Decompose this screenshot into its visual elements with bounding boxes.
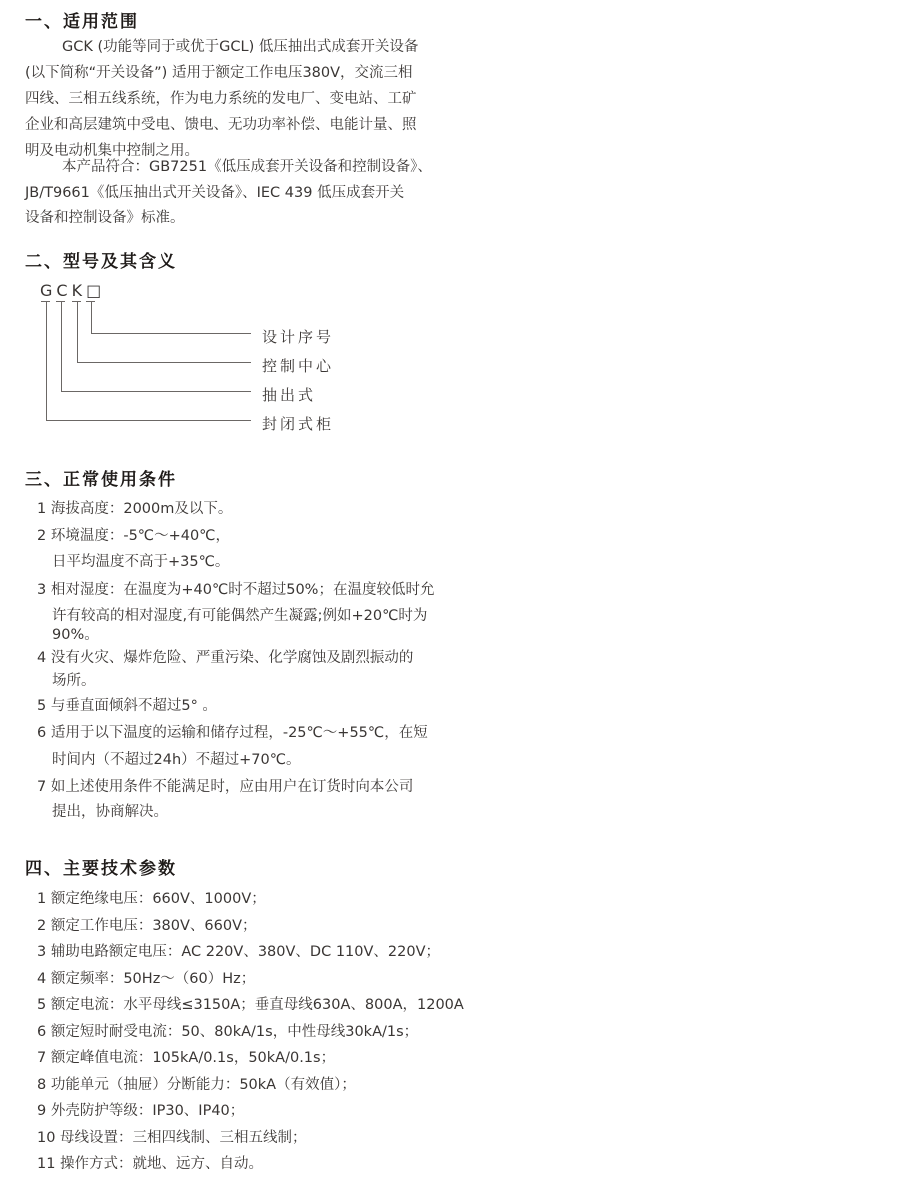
item-text: 与垂直面倾斜不超过5° 。 [51, 698, 217, 714]
condition-item-continued: 时间内（不超过24h）不超过+70℃。 [52, 750, 301, 770]
item-number: 6 [37, 725, 46, 741]
param-item: 2 额定工作电压：380V、660V； [37, 916, 257, 936]
model-label-control-center: 控制中心 [262, 355, 334, 376]
item-number: 5 [37, 698, 46, 714]
model-code: GCK□ [40, 281, 105, 300]
item-text: 如上述使用条件不能满足时，应由用户在订货时向本公司 [51, 779, 414, 795]
paragraph-line: (以下简称“开关设备”) 适用于额定工作电压380V，交流三相 [25, 63, 413, 83]
condition-item: 3 相对湿度：在温度为+40℃时不超过50%；在温度较低时允 [37, 580, 434, 600]
section-heading-conditions: 三、正常使用条件 [25, 465, 177, 490]
param-item: 6 额定短时耐受电流：50、80kA/1s，中性母线30kA/1s； [37, 1022, 418, 1042]
item-number: 3 [37, 582, 46, 598]
item-number: 7 [37, 779, 46, 795]
section-heading-model: 二、型号及其含义 [25, 247, 177, 272]
param-item: 7 额定峰值电流：105kA/0.1s，50kA/0.1s； [37, 1048, 335, 1068]
model-label-drawout: 抽出式 [262, 384, 316, 405]
paragraph-line: 企业和高层建筑中受电、馈电、无功功率补偿、电能计量、照 [25, 115, 417, 135]
condition-item-continued: 90%。 [52, 625, 99, 645]
condition-item: 6 适用于以下温度的运输和储存过程，-25℃～+55℃，在短 [37, 723, 428, 743]
param-item: 9 外壳防护等级：IP30、IP40； [37, 1101, 244, 1121]
condition-item: 7 如上述使用条件不能满足时，应由用户在订货时向本公司 [37, 777, 413, 797]
condition-item-continued: 提出，协商解决。 [52, 802, 168, 822]
condition-item-continued: 日平均温度不高于+35℃。 [52, 552, 229, 572]
condition-item: 5 与垂直面倾斜不超过5° 。 [37, 696, 217, 716]
param-item: 11 操作方式：就地、远方、自动。 [37, 1154, 263, 1174]
condition-item: 2 环境温度：-5℃～+40℃， [37, 526, 230, 546]
item-number: 2 [37, 528, 46, 544]
condition-item-continued: 许有较高的相对湿度,有可能偶然产生凝露;例如+20℃时为 [52, 606, 427, 626]
item-text: 适用于以下温度的运输和储存过程，-25℃～+55℃，在短 [51, 725, 428, 741]
param-item: 8 功能单元（抽屉）分断能力：50kA（有效值）； [37, 1075, 356, 1095]
paragraph-line: 设备和控制设备》标准。 [25, 208, 185, 228]
model-label-enclosed-cabinet: 封闭式柜 [262, 413, 334, 434]
paragraph-line: 本产品符合：GB7251《低压成套开关设备和控制设备》、 [62, 157, 432, 177]
item-text: 相对湿度：在温度为+40℃时不超过50%；在温度较低时允 [51, 582, 435, 598]
paragraph-line: GCK (功能等同于或优于GCL) 低压抽出式成套开关设备 [62, 37, 418, 57]
param-item: 4 额定频率：50Hz～（60）Hz； [37, 969, 255, 989]
section-heading-scope: 一、适用范围 [25, 7, 139, 32]
param-item: 5 额定电流：水平母线≤3150A；垂直母线630A、800A，1200A [37, 995, 464, 1015]
paragraph-line: 四线、三相五线系统，作为电力系统的发电厂、变电站、工矿 [25, 89, 417, 109]
item-number: 4 [37, 650, 46, 666]
item-text: 环境温度：-5℃～+40℃， [51, 528, 230, 544]
param-item: 3 辅助电路额定电压：AC 220V、380V、DC 110V、220V； [37, 942, 440, 962]
condition-item: 1 海拔高度：2000m及以下。 [37, 499, 232, 519]
condition-item: 4 没有火灾、爆炸危险、严重污染、化学腐蚀及剧烈振动的 [37, 648, 413, 668]
section-heading-technical-params: 四、主要技术参数 [25, 854, 177, 879]
item-text: 没有火灾、爆炸危险、严重污染、化学腐蚀及剧烈振动的 [51, 650, 414, 666]
item-number: 1 [37, 501, 46, 517]
paragraph-line: JB/T9661《低压抽出式开关设备》、IEC 439 低压成套开关 [25, 183, 404, 203]
param-item: 1 额定绝缘电压：660V、1000V； [37, 889, 266, 909]
item-text: 海拔高度：2000m及以下。 [51, 501, 233, 517]
condition-item-continued: 场所。 [52, 671, 96, 691]
param-item: 10 母线设置：三相四线制、三相五线制； [37, 1128, 307, 1148]
model-label-design-serial: 设计序号 [262, 326, 334, 347]
